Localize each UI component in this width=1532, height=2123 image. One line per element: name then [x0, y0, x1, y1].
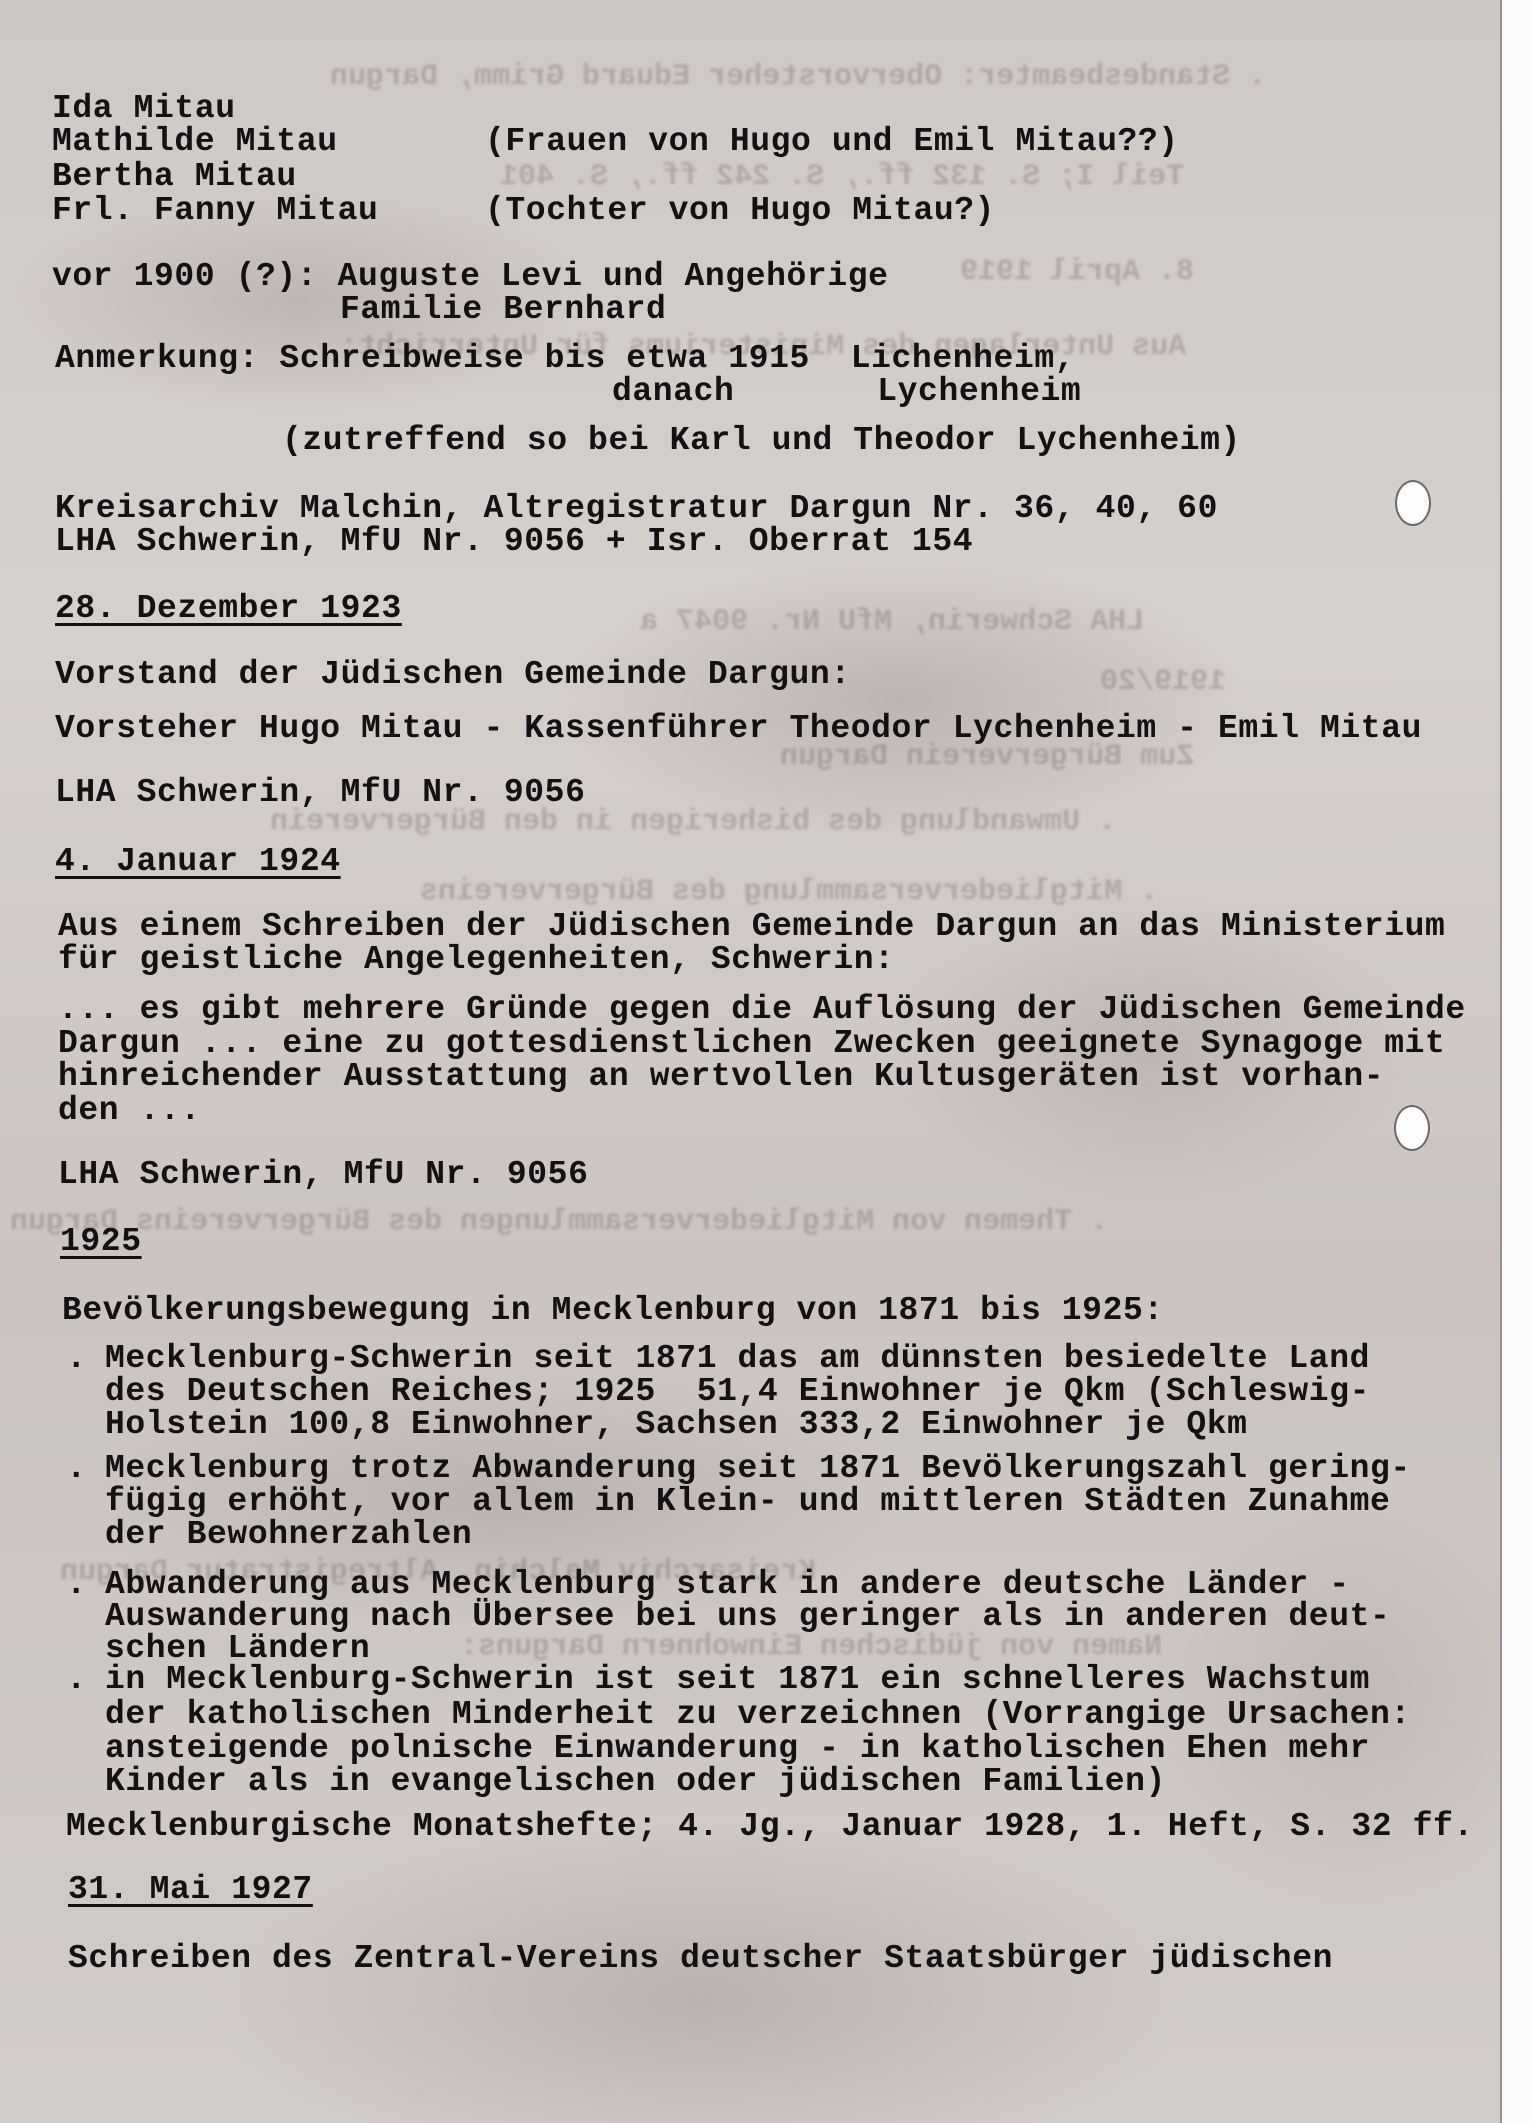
vorstand-members: Vorsteher Hugo Mitau - Kassenführer Theo…: [55, 712, 1422, 746]
bleed-through-text: . Standesbeamter: Obervorsteher Eduard G…: [330, 60, 1266, 94]
bullet-4-line-1: in Mecklenburg-Schwerin ist seit 1871 ei…: [105, 1663, 1370, 1697]
letter-intro-2: für geistliche Angelegenheiten, Schwerin…: [58, 943, 895, 977]
bleed-through-text: Teil I; S. 132 ff., S. 242 ff., S. 401: [500, 160, 1184, 194]
bleed-through-text: Namen von jüdischen Einwohnern Darguns:: [460, 1630, 1162, 1664]
anmerkung-danach: danach Lychenheim: [612, 375, 1081, 409]
bleed-through-text: LHA Schwerin, MfU Nr. 9047 a: [640, 605, 1144, 639]
bleed-through-text: . Themen von Mitgliederversammlungen des…: [10, 1205, 1108, 1239]
anmerkung-note: (zutreffend so bei Karl und Theodor Lych…: [282, 424, 1241, 458]
name-bertha: Bertha Mitau: [52, 160, 297, 194]
bullet-point: .: [66, 1661, 86, 1699]
date-heading-1927: 31. Mai 1927: [68, 1873, 313, 1907]
letter-quote-2: Dargun ... eine zu gottesdienstlichen Zw…: [58, 1027, 1445, 1061]
bullet-1-line-3: Holstein 100,8 Einwohner, Sachsen 333,2 …: [105, 1408, 1248, 1442]
bullet-2-line-2: fügig erhöht, vor allem in Klein- und mi…: [105, 1485, 1390, 1519]
vorstand-heading: Vorstand der Jüdischen Gemeinde Dargun:: [55, 658, 851, 692]
bullet-point: .: [66, 1340, 86, 1378]
name-mathilde: Mathilde Mitau: [52, 125, 338, 159]
bullet-2-line-1: Mecklenburg trotz Abwanderung seit 1871 …: [105, 1452, 1411, 1486]
source-1924: LHA Schwerin, MfU Nr. 9056: [58, 1158, 588, 1192]
source-lha: LHA Schwerin, MfU Nr. 9056 + Isr. Oberra…: [55, 525, 973, 559]
familie-bernhard: Familie Bernhard: [340, 293, 666, 327]
source-kreisarchiv: Kreisarchiv Malchin, Altregistratur Darg…: [55, 492, 1218, 526]
date-heading-1924: 4. Januar 1924: [55, 845, 341, 879]
bleed-through-text: 8. April 1919: [960, 255, 1194, 289]
letter-intro-1: Aus einem Schreiben der Jüdischen Gemein…: [58, 910, 1445, 944]
punch-hole: [1395, 480, 1431, 526]
bullet-4-line-3: ansteigende polnische Einwanderung - in …: [105, 1732, 1370, 1766]
population-heading: Bevölkerungsbewegung in Mecklenburg von …: [62, 1294, 1164, 1328]
source-1925: Mecklenburgische Monatshefte; 4. Jg., Ja…: [66, 1810, 1474, 1844]
bullet-4-line-2: der katholischen Minderheit zu verzeichn…: [105, 1698, 1411, 1732]
letter-quote-1: ... es gibt mehrere Gründe gegen die Auf…: [58, 993, 1466, 1027]
zentral-verein-letter: Schreiben des Zentral-Vereins deutscher …: [68, 1942, 1333, 1976]
date-heading-1923: 28. Dezember 1923: [55, 592, 402, 626]
name-fanny: Frl. Fanny Mitau: [52, 194, 378, 228]
bullet-4-line-4: Kinder als in evangelischen oder jüdisch…: [105, 1765, 1166, 1799]
scanned-page: . Standesbeamter: Obervorsteher Eduard G…: [0, 0, 1502, 2123]
scanner-margin: [1502, 0, 1532, 2123]
punch-hole: [1394, 1105, 1430, 1151]
anmerkung-line: Anmerkung: Schreibweise bis etwa 1915 Li…: [55, 342, 1075, 376]
bullet-point: .: [66, 1566, 86, 1604]
name-ida: Ida Mitau: [52, 92, 236, 126]
bullet-1-line-2: des Deutschen Reiches; 1925 51,4 Einwohn…: [105, 1375, 1370, 1409]
bleed-through-text: 1919/20: [1100, 665, 1226, 699]
bullet-2-line-3: der Bewohnerzahlen: [105, 1518, 472, 1552]
bleed-through-text: . Mitgliederversammlung des Bürgerverein…: [420, 875, 1158, 909]
note-wives: (Frauen von Hugo und Emil Mitau??): [485, 125, 1179, 159]
bullet-3-line-1: Abwanderung aus Mecklenburg stark in and…: [105, 1568, 1350, 1602]
letter-quote-3: hinreichender Ausstattung an wertvollen …: [58, 1060, 1384, 1094]
bullet-1-line-1: Mecklenburg-Schwerin seit 1871 das am dü…: [105, 1342, 1370, 1376]
source-1923: LHA Schwerin, MfU Nr. 9056: [55, 776, 585, 810]
bullet-3-line-2: Auswanderung nach Übersee bei uns gering…: [105, 1600, 1390, 1634]
bullet-point: .: [66, 1450, 86, 1488]
letter-quote-4: den ...: [58, 1094, 201, 1128]
date-heading-1925: 1925: [60, 1225, 142, 1259]
vor-1900-line: vor 1900 (?): Auguste Levi und Angehörig…: [52, 260, 889, 294]
note-daughter: (Tochter von Hugo Mitau?): [485, 194, 995, 228]
